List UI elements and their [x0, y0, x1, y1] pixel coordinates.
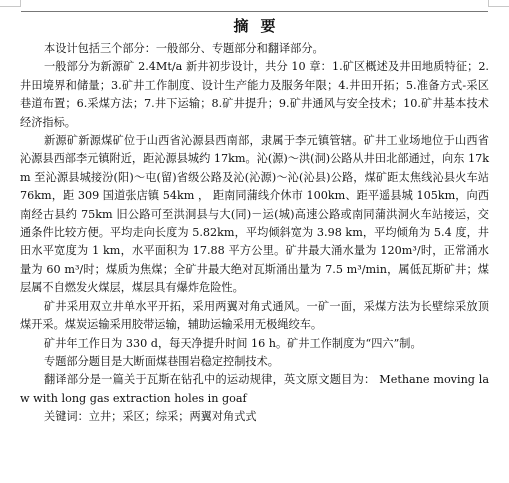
paragraph-development: 矿井采用双立井单水平开拓，采用两翼对角式通风。一矿一面，采煤方法为长壁综采放顶煤… [20, 298, 489, 335]
abstract-title: 摘要 [32, 16, 489, 36]
header-rule [21, 11, 488, 12]
paragraph-overview: 本设计包括三个部分：一般部分、专题部分和翻译部分。 [20, 40, 489, 58]
keywords-line: 关键词：立井；采区；综采；两翼对角式式 [20, 408, 489, 426]
paragraph-work-schedule: 矿井年工作日为 330 d，每天净提升时间 16 h。矿井工作制度为“四六”制。 [20, 335, 489, 353]
keywords-label: 关键词： [44, 410, 89, 423]
paragraph-special-topic: 专题部分题目是大断面煤巷围岩稳定控制技术。 [20, 353, 489, 371]
keywords-value: 立井；采区；综采；两翼对角式式 [89, 410, 257, 423]
page-corner-mark-right [488, 0, 509, 7]
paragraph-general-part: 一般部分为新源矿 2.4Mt/a 新井初步设计，共分 10 章：1.矿区概述及井… [20, 58, 489, 132]
paragraph-mine-location: 新源矿新源煤矿位于山西省沁源县西南部，隶属于李元镇管辖。矿井工业场地位于山西省沁… [20, 132, 489, 298]
paragraph-translation: 翻译部分是一篇关于瓦斯在钻孔中的运动规律，英文原文题目为： Methane mo… [20, 371, 489, 408]
document-page: 摘要 本设计包括三个部分：一般部分、专题部分和翻译部分。 一般部分为新源矿 2.… [20, 14, 489, 427]
page-corner-mark-left [0, 0, 21, 7]
